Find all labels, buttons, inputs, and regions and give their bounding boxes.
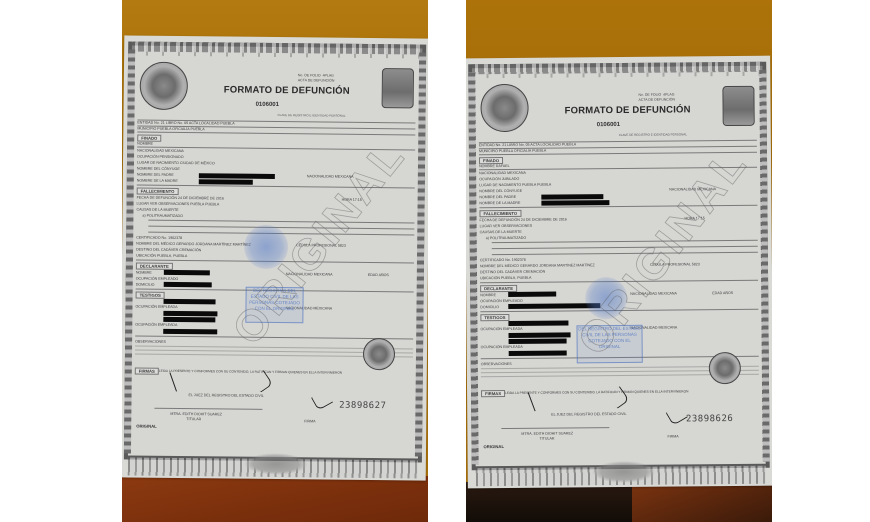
finado-lugar-nacimiento: LUGAR DE NACIMIENTO PUEBLA PUEBLA bbox=[479, 183, 551, 188]
signature-1 bbox=[169, 372, 177, 391]
serial-number: 23898627 bbox=[339, 401, 386, 411]
finado-madre: NOMBRE DE LA MADRE bbox=[479, 201, 520, 205]
folio-number: 0106001 bbox=[256, 102, 279, 108]
declarante-ocupacion: OCUPACIÓN EMPLEADO bbox=[480, 299, 523, 303]
death-certificate-right: No. DE FOLIO 4PLAG ACTA DE DEFUNCIÓN FOR… bbox=[466, 56, 772, 489]
declarante-domicilio: DOMICILIO bbox=[136, 283, 155, 287]
declarante-edad: EDAD AÑOS bbox=[712, 291, 733, 295]
finado-nombre: NOMBRE RAFAEL bbox=[479, 164, 510, 168]
folio-header: No. DE FOLIO 4PLAG ACTA DE DEFUNCIÓN bbox=[638, 93, 675, 103]
ubicacion: UBICACIÓN PUEBLA, PUEBLA bbox=[136, 254, 187, 259]
certificado-numero: CERTIFICADO No. 1902378 bbox=[480, 258, 526, 262]
redaction-testigo2-domicilio bbox=[509, 350, 567, 356]
mexico-coat-of-arms-icon bbox=[140, 62, 189, 111]
causa-a: a) POLITRAUMATIZADO bbox=[142, 214, 183, 218]
fecha-defuncion: FECHA DE DEFUNCIÓN 24 DE DICIEMBRE DE 20… bbox=[480, 217, 567, 222]
destino-cadaver: DESTINO DEL CADÁVER CREMACIÓN bbox=[480, 270, 545, 275]
firma-label: FIRMA bbox=[667, 434, 678, 438]
redaction-madre bbox=[541, 200, 609, 206]
finado-padre: NOMBRE DEL PADRE bbox=[479, 195, 516, 199]
serial-number: 23898626 bbox=[686, 414, 733, 424]
official-seal-icon bbox=[709, 352, 741, 384]
redaction-declarante-nombre bbox=[164, 270, 210, 275]
finado-conyuge: NOMBRE DEL CÓNYUGE bbox=[479, 189, 522, 193]
declarante-domicilio: DOMICILIO bbox=[480, 305, 499, 309]
signature-1 bbox=[528, 392, 536, 411]
declarante-nombre: NOMBRE bbox=[136, 271, 152, 275]
section-testigos: TESTIGOS bbox=[480, 314, 509, 321]
death-certificate-left: No. DE FOLIO 4PLAG ACTA DE DEFUNCIÓN FOR… bbox=[122, 35, 428, 480]
redaction-declarante-nombre bbox=[508, 292, 556, 297]
redaction-testigo2-nombre bbox=[509, 338, 567, 344]
photo-left-certificate: No. DE FOLIO 4PLAG ACTA DE DEFUNCIÓN FOR… bbox=[122, 0, 428, 522]
redaction-padre bbox=[541, 194, 603, 200]
municipio-row: MUNICIPIO PUEBLA OFICIALÍA PUEBLA bbox=[479, 149, 546, 154]
folio-number: 0106001 bbox=[597, 122, 620, 128]
firma-label: FIRMA bbox=[304, 419, 315, 423]
curp-label: CLAVE DE REGISTRO E IDENTIDAD PERSONAL bbox=[619, 132, 687, 137]
finado-nombre: NOMBRE bbox=[137, 142, 153, 146]
state-coat-of-arms-icon bbox=[722, 86, 754, 126]
finado-nacionalidad: NACIONALIDAD MEXICANA bbox=[137, 149, 184, 153]
testigo1-ocupacion: OCUPACIÓN EMPLEADA bbox=[480, 327, 522, 331]
causa-a: a) POLITRAUMATIZADO bbox=[486, 236, 527, 240]
section-fallecimiento: FALLECIMIENTO bbox=[137, 188, 179, 195]
lugar-defuncion: LUGAR VER OBSERVACIONES bbox=[480, 224, 533, 228]
testigo2-ocupacion: OCUPACIÓN EMPLEADA bbox=[481, 345, 523, 349]
certificado-numero: CERTIFICADO No. 1902378 bbox=[136, 236, 182, 240]
header-row: ENTIDAD No. 21 LIBRO No. 05 ACTA LOCALID… bbox=[479, 142, 576, 147]
redaction-testigo1-domicilio bbox=[509, 332, 571, 338]
state-coat-of-arms-icon bbox=[382, 68, 414, 108]
redaction-padre bbox=[199, 173, 275, 179]
wooden-surface bbox=[122, 476, 428, 522]
director-name: MTRA. EDITH DIOHIT SUAREZ bbox=[170, 412, 222, 417]
declarante-nombre: NOMBRE bbox=[480, 293, 496, 297]
redaction-testigo1-nombre bbox=[164, 299, 216, 305]
finado-lugar-nacimiento: LUGAR DE NACIMIENTO CIUDAD DE MÉXICO bbox=[137, 161, 215, 166]
redaction-declarante-domicilio bbox=[164, 282, 212, 288]
signature-3 bbox=[666, 404, 688, 426]
redaction-testigo1-nombre bbox=[508, 320, 568, 326]
director-title: TITULAR bbox=[186, 417, 201, 421]
finado-padre: NOMBRE DEL PADRE bbox=[137, 173, 174, 177]
document-title: FORMATO DE DEFUNCIÓN bbox=[565, 104, 691, 116]
curp-label: CLAVE DE REGISTRO E IDENTIDAD PERSONAL bbox=[277, 113, 345, 118]
finado-conyuge: NOMBRE DEL CÓNYUGE bbox=[137, 167, 180, 171]
observaciones-label: OBSERVACIONES bbox=[135, 340, 166, 344]
observaciones-label: OBSERVACIONES bbox=[481, 362, 512, 366]
official-seal-icon bbox=[363, 338, 395, 370]
original-label: ORIGINAL bbox=[136, 424, 157, 429]
section-fallecimiento: FALLECIMIENTO bbox=[479, 210, 521, 217]
redaction-madre bbox=[199, 179, 253, 185]
signature-3 bbox=[311, 389, 333, 410]
guilloche-bottom-border bbox=[128, 457, 418, 478]
dark-surface bbox=[466, 482, 772, 522]
section-firmas: FIRMAS bbox=[481, 390, 505, 397]
certificate-content: No. DE FOLIO 4PLAG ACTA DE DEFUNCIÓN FOR… bbox=[478, 76, 759, 462]
certificate-content: No. DE FOLIO 4PLAG ACTA DE DEFUNCIÓN FOR… bbox=[134, 56, 416, 455]
lugar-defuncion: LUGAR VER OBSERVACIONES PUEBLA PUEBLA bbox=[137, 202, 220, 207]
section-declarante: DECLARANTE bbox=[136, 263, 173, 270]
ubicacion: UBICACIÓN PUEBLA, PUEBLA bbox=[480, 276, 531, 280]
declarante-edad: EDAD AÑOS bbox=[368, 273, 389, 277]
original-label: ORIGINAL bbox=[483, 444, 504, 449]
document-title: FORMATO DE DEFUNCIÓN bbox=[224, 84, 350, 96]
mexico-coat-of-arms-icon bbox=[480, 84, 528, 132]
folio-header: No. DE FOLIO 4PLAG ACTA DE DEFUNCIÓN bbox=[298, 73, 335, 83]
destino-cadaver: DESTINO DEL CADÁVER CREMACIÓN bbox=[136, 248, 201, 253]
guilloche-bottom-border bbox=[476, 466, 766, 487]
finado-ocupacion: OCUPACIÓN JUBILADO bbox=[479, 177, 519, 181]
declarante-ocupacion: OCUPACIÓN EMPLEADO bbox=[136, 277, 179, 281]
section-firmas: FIRMAS bbox=[135, 368, 159, 375]
director-title: TITULAR bbox=[539, 437, 554, 441]
photo-right-certificate: No. DE FOLIO 4PLAG ACTA DE DEFUNCIÓN FOR… bbox=[466, 0, 772, 522]
redaction-testigo2-domicilio bbox=[163, 329, 217, 335]
testigo2-ocupacion: OCUPACIÓN EMPLEADA bbox=[135, 323, 177, 327]
firmas-text: LEIDA LA PRESENTE Y CONFORMES CON SU CON… bbox=[159, 369, 342, 375]
medico-nombre: NOMBRE DEL MÉDICO GERARDO JORDANA MARTÍN… bbox=[136, 242, 251, 247]
medico-nombre: NOMBRE DEL MÉDICO GERARDO JORDANA MARTÍN… bbox=[480, 263, 595, 268]
redaction-testigo2-nombre bbox=[163, 317, 215, 323]
testigo1-ocupacion: OCUPACIÓN EMPLEADA bbox=[135, 305, 177, 309]
finado-madre: NOMBRE DE LA MADRE bbox=[137, 179, 178, 183]
finado-nacionalidad: NACIONALIDAD MEXICANA bbox=[479, 171, 526, 175]
section-testigos: TESTIGOS bbox=[136, 292, 165, 299]
registrar-label: EL JUEZ DEL REGISTRO DEL ESTADO CIVIL bbox=[189, 393, 264, 398]
finado-ocupacion: OCUPACIÓN PENSIONADO bbox=[137, 155, 184, 159]
firmas-text: LEIDA LA PRESENTE Y CONFORMES CON SU CON… bbox=[505, 389, 688, 395]
registrar-label: EL JUEZ DEL REGISTRO DEL ESTADO CIVIL bbox=[551, 412, 626, 417]
redaction-testigo1-domicilio bbox=[163, 311, 217, 317]
causas-label: CAUSAS DE LA MUERTE bbox=[480, 230, 522, 234]
fecha-defuncion: FECHA DE DEFUNCIÓN 24 DE DICIEMBRE DE 20… bbox=[137, 196, 224, 201]
municipio-row: MUNICIPIO PUEBLA OFICIALÍA PUEBLA bbox=[137, 127, 204, 132]
director-name: MTRA. EDITH DIOHIT SUAREZ bbox=[521, 431, 573, 435]
causas-label: CAUSAS DE LA MUERTE bbox=[136, 208, 178, 212]
